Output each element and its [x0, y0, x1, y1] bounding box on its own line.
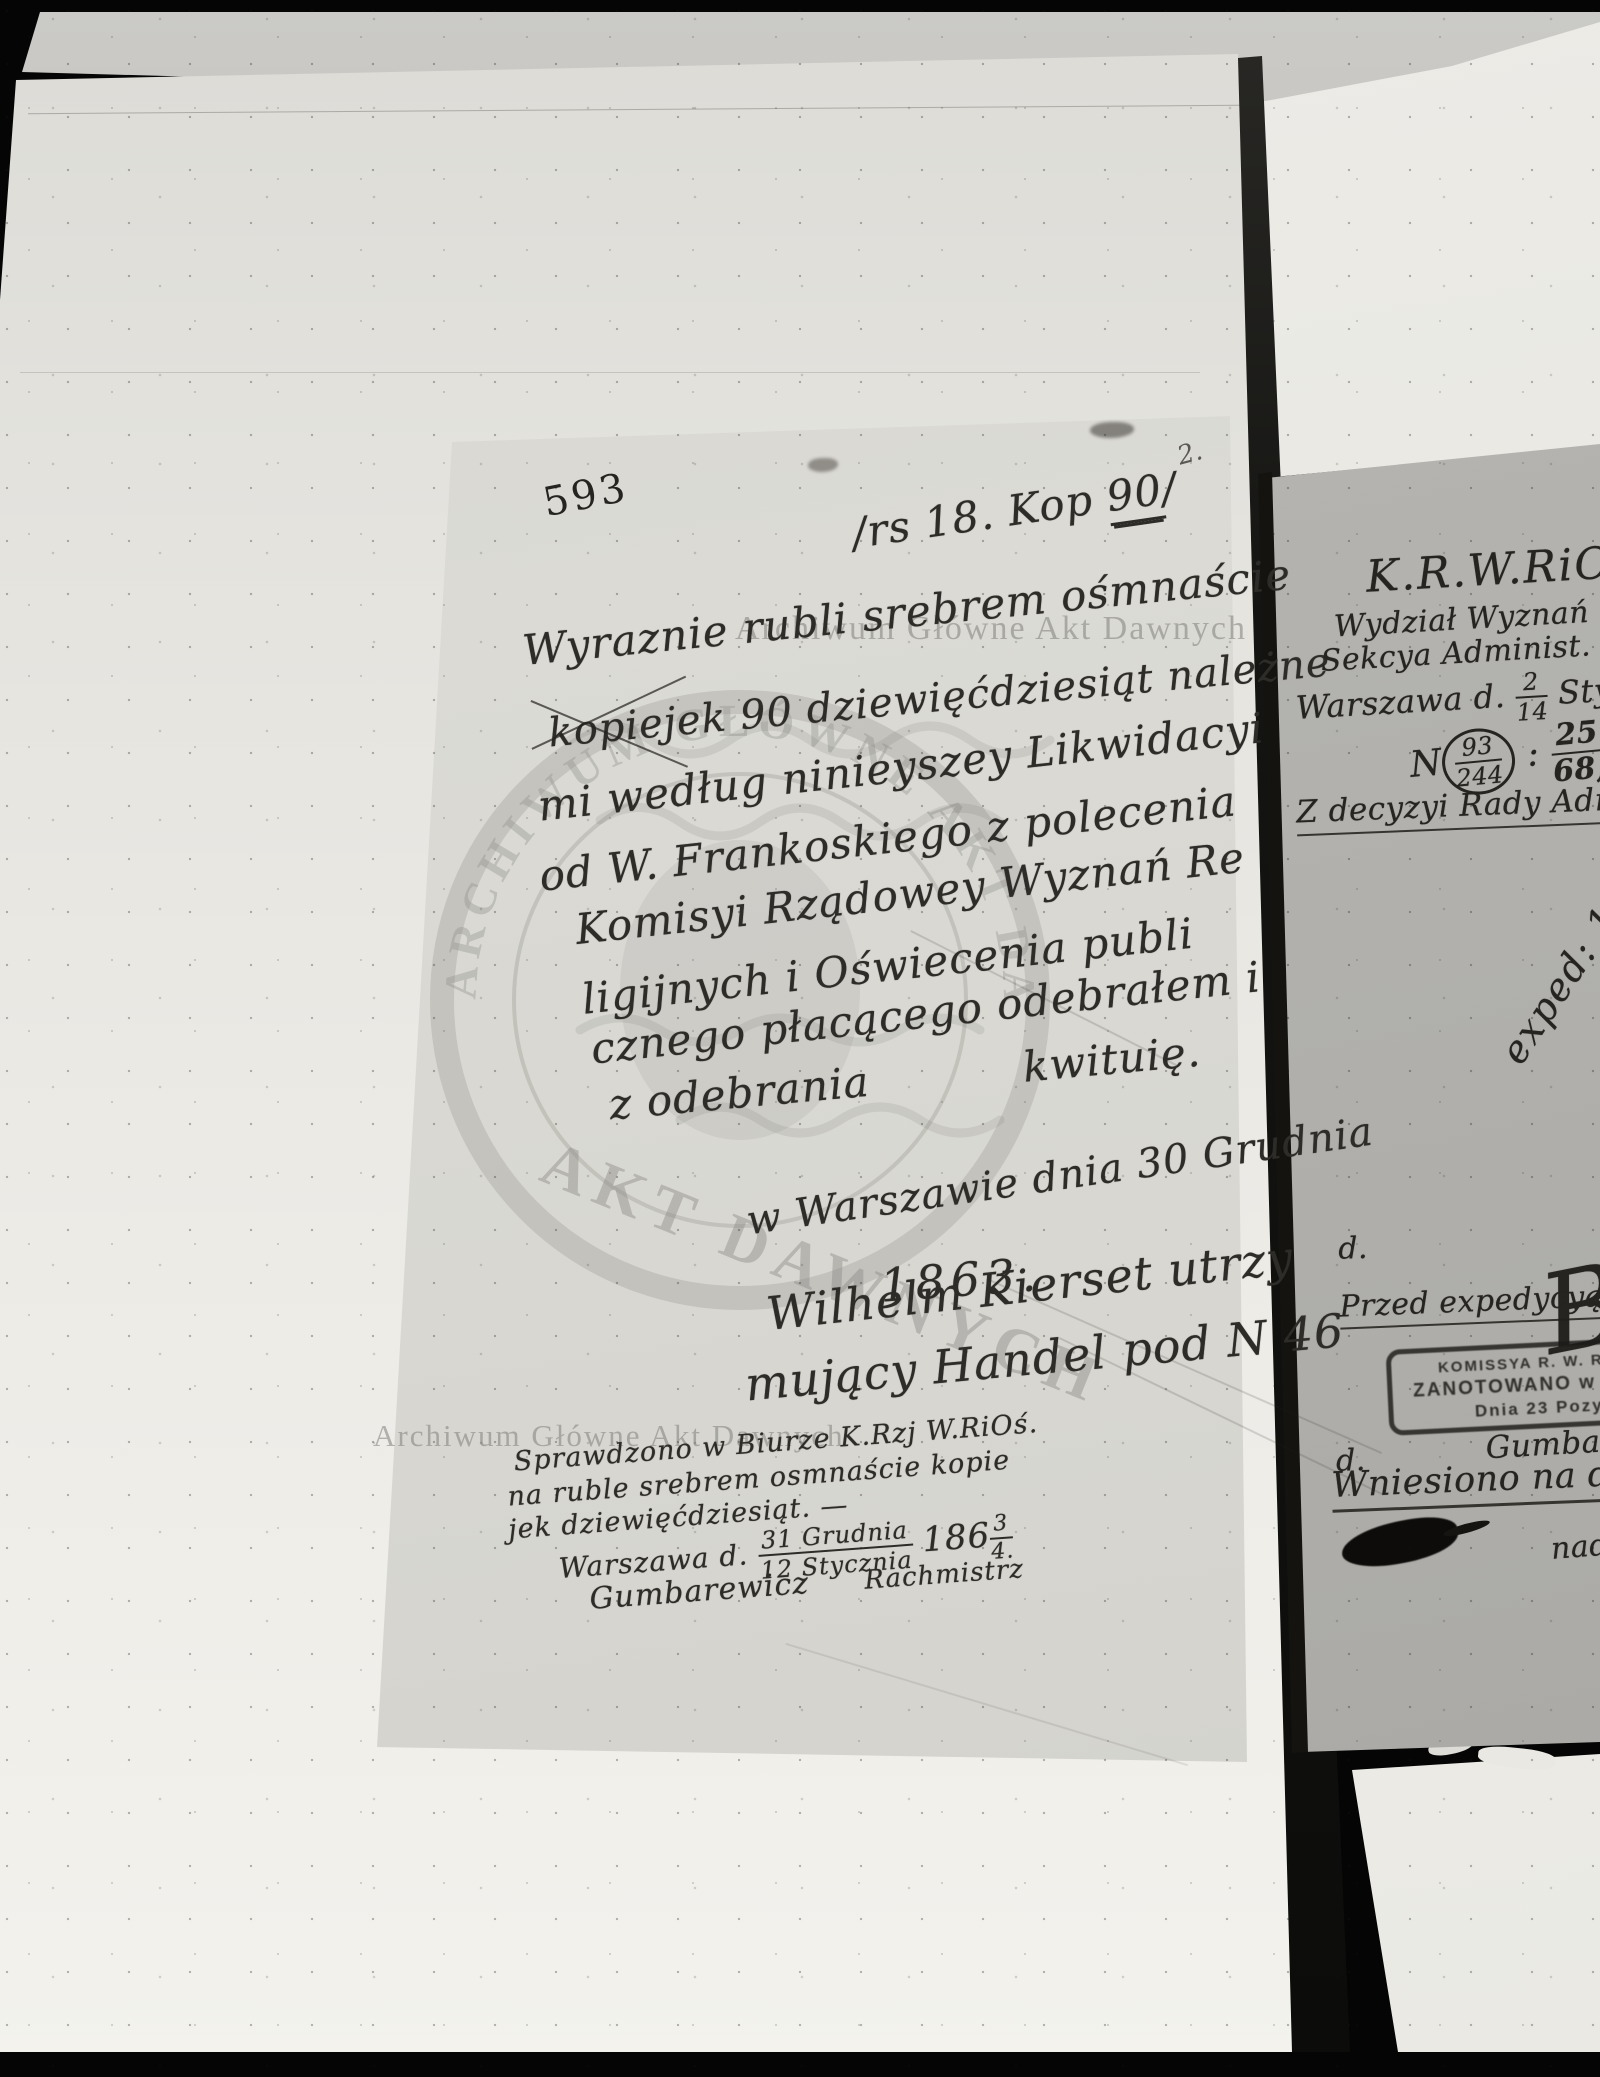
manuscript-line-part: kwituię. [1021, 1027, 1203, 1092]
amount-pre: /rs 18. Kop [849, 475, 1096, 558]
double-date: 2 14 [1514, 669, 1549, 725]
manuscript-content: 593 /rs 18. Kop 90/ Wyraznie rubli srebr… [430, 403, 1288, 1780]
scratch-line [785, 1643, 1188, 1766]
bottom-annotation-line: Wniesiono na dni 30 [1331, 1455, 1600, 1513]
margin-note-d: d. [1338, 1234, 1368, 1265]
page-number: 593 [540, 467, 632, 523]
exped-note: exped: 15/6 [1494, 843, 1600, 1070]
crease-line [20, 372, 1200, 373]
number-fraction: 2568, [1549, 717, 1600, 788]
ink-blot [1338, 1511, 1462, 1573]
amount-value: 90 [1103, 465, 1166, 526]
right-header: K.R.W.RiOP. [1365, 539, 1600, 599]
decision-line: Z decyzyi Rady Adminis [1296, 783, 1600, 836]
bottom-fraction-note: nad 152 [1549, 1514, 1600, 1580]
right-page-content: K.R.W.RiOP. Wydział Wyznań Sekcya Admini… [1268, 434, 1600, 1775]
archival-scan: Archiwum Główne Akt Dawnych Archiwum Głó… [0, 0, 1600, 2077]
verification-year: 186 [921, 1515, 992, 1560]
registry-stamp: KOMISSYA R. W. R. I O. P. ZANOTOWANO w K… [1385, 1334, 1600, 1436]
amount-header: /rs 18. Kop 90/ [849, 467, 1179, 555]
